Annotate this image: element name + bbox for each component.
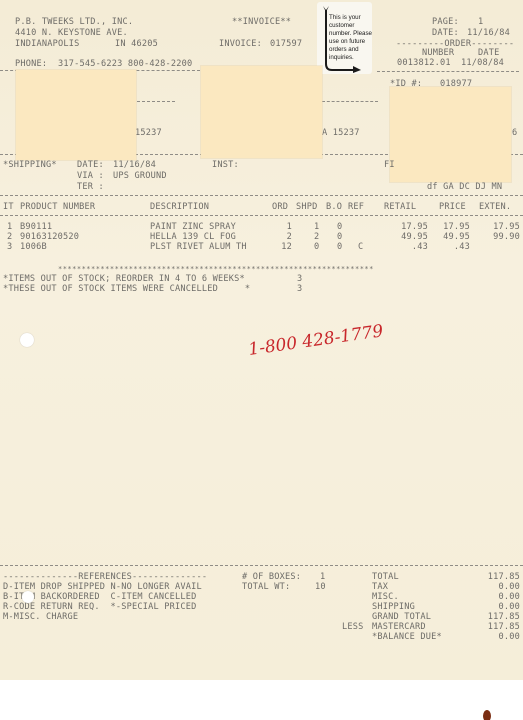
row-ord: 2 [270, 232, 292, 242]
row-description: PLST RIVET ALUM TH [150, 242, 247, 252]
reference-line: D-ITEM DROP SHIPPED N-NO LONGER AVAIL [3, 582, 202, 592]
phone-label: PHONE: [15, 59, 47, 69]
customer-number-sticker: This is your customer number. Please use… [317, 2, 372, 74]
reorder-count: 3 [297, 274, 302, 284]
ter-label: TER : [77, 182, 104, 192]
tax-value: 0.00 [460, 582, 520, 592]
order-date-label: DATE [478, 48, 500, 58]
row-exten: 99.90 [470, 232, 520, 242]
reference-line: R-CODE RETURN REQ. *-SPECIAL PRICED [3, 602, 196, 612]
row-retail: 49.95 [380, 232, 428, 242]
row-retail: 17.95 [380, 222, 428, 232]
row-ord: 12 [270, 242, 292, 252]
weight-value: 10 [315, 582, 326, 592]
reference-line: M-MISC. CHARGE [3, 612, 78, 622]
invoice-paper: P.B. TWEEKS LTD., INC. 4410 N. KEYSTONE … [0, 0, 523, 680]
weight-label: TOTAL WT: [242, 582, 290, 592]
shipping-value: 0.00 [460, 602, 520, 612]
invoice-label: INVOICE: [219, 39, 262, 49]
right-fragment: 6 [512, 128, 517, 138]
divider [0, 565, 523, 566]
ship-date: 11/16/84 [113, 160, 156, 170]
divider [322, 101, 378, 102]
misc-value: 0.00 [460, 592, 520, 602]
company-phone: 317-545-6223 800-428-2200 [58, 59, 192, 69]
boxes-label: # OF BOXES: [242, 572, 301, 582]
redaction-patch [16, 70, 136, 160]
order-date: 11/08/84 [461, 58, 504, 68]
punch-hole [20, 333, 34, 347]
mastercard-label: MASTERCARD [372, 622, 426, 632]
row-shpd: 2 [314, 232, 319, 242]
grand-total-label: GRAND TOTAL [372, 612, 431, 622]
redaction-patch [201, 66, 322, 158]
grand-total-value: 117.85 [460, 612, 520, 622]
cancelled-count: 3 [297, 284, 302, 294]
company-state-zip: IN 46205 [115, 39, 158, 49]
bill-zip-fragment: 15237 [135, 128, 162, 138]
col-exten: EXTEN. [479, 202, 511, 212]
row-price: .43 [422, 242, 470, 252]
ship-date-label: DATE: [77, 160, 104, 170]
invoice-date: 11/16/84 [467, 28, 510, 38]
inst-label: INST: [212, 160, 239, 170]
shipping-label: *SHIPPING* [3, 160, 57, 170]
row-it: 1 [7, 222, 12, 232]
col-product-number: PRODUCT NUMBER [20, 202, 95, 212]
date-label: DATE: [432, 28, 459, 38]
invoice-number: 017597 [270, 39, 302, 49]
ship-zip-fragment: A 15237 [322, 128, 360, 138]
punch-hole [22, 591, 34, 603]
balance-due-value: 0.00 [460, 632, 520, 642]
divider [0, 215, 523, 216]
company-name: P.B. TWEEKS LTD., INC. [15, 17, 133, 27]
misc-label: MISC. [372, 592, 399, 602]
col-ord: ORD [272, 202, 288, 212]
row-price: 17.95 [422, 222, 470, 232]
total-label: TOTAL [372, 572, 399, 582]
row-it: 2 [7, 232, 12, 242]
tax-label: TAX [372, 582, 388, 592]
divider [137, 101, 175, 102]
order-number: 0013812.01 [397, 58, 451, 68]
row-shpd: 1 [314, 222, 319, 232]
col-retail: RETAIL [384, 202, 416, 212]
divider [377, 71, 519, 72]
shipping-label-total: SHIPPING [372, 602, 415, 612]
row-description: HELLA 139 CL FOG [150, 232, 236, 242]
row-bo: 0 [337, 232, 342, 242]
row-shpd: 0 [314, 242, 319, 252]
redaction-patch [390, 87, 511, 182]
page-label: PAGE: [432, 17, 459, 27]
invoice-title: **INVOICE** [232, 17, 291, 27]
col-shpd: SHPD [296, 202, 318, 212]
row-price: 49.95 [422, 232, 470, 242]
row-description: PAINT ZINC SPRAY [150, 222, 236, 232]
row-ord: 1 [270, 222, 292, 232]
sticker-text: This is your customer number. Please use… [329, 14, 373, 62]
row-ref: C [358, 242, 363, 252]
less-label: LESS [342, 622, 364, 632]
col-price: PRICE [439, 202, 466, 212]
page-number: 1 [478, 17, 483, 27]
row-exten: 17.95 [470, 222, 520, 232]
stars-line: ****************************************… [58, 264, 374, 274]
reorder-note: *ITEMS OUT OF STOCK; REORDER IN 4 TO 6 W… [3, 274, 245, 284]
f-fragment: FI [384, 160, 395, 170]
company-city: INDIANAPOLIS [15, 39, 80, 49]
staff-initials: df GA DC DJ MN [427, 182, 502, 192]
company-address: 4410 N. KEYSTONE AVE. [15, 28, 128, 38]
row-product: B90111 [20, 222, 52, 232]
references-heading: --------------REFERENCES-------------- [3, 572, 207, 582]
mastercard-value: 117.85 [460, 622, 520, 632]
total-value: 117.85 [460, 572, 520, 582]
divider [0, 195, 523, 196]
row-bo: 0 [337, 242, 342, 252]
col-bo: B.O [326, 202, 342, 212]
col-ref: REF [348, 202, 364, 212]
col-it: IT [3, 202, 14, 212]
row-retail: .43 [380, 242, 428, 252]
row-product: 90163120520 [20, 232, 79, 242]
cancelled-note: *THESE OUT OF STOCK ITEMS WERE CANCELLED… [3, 284, 250, 294]
ship-via: UPS GROUND [113, 171, 167, 181]
order-number-label: NUMBER [422, 48, 454, 58]
row-it: 3 [7, 242, 12, 252]
boxes-count: 1 [320, 572, 325, 582]
ink-stain [483, 710, 491, 720]
balance-due-label: *BALANCE DUE* [372, 632, 442, 642]
col-description: DESCRIPTION [150, 202, 209, 212]
row-product: 1006B [20, 242, 47, 252]
via-label: VIA : [77, 171, 104, 181]
handwritten-phone: 1-800 428-1779 [247, 321, 384, 360]
row-bo: 0 [337, 222, 342, 232]
